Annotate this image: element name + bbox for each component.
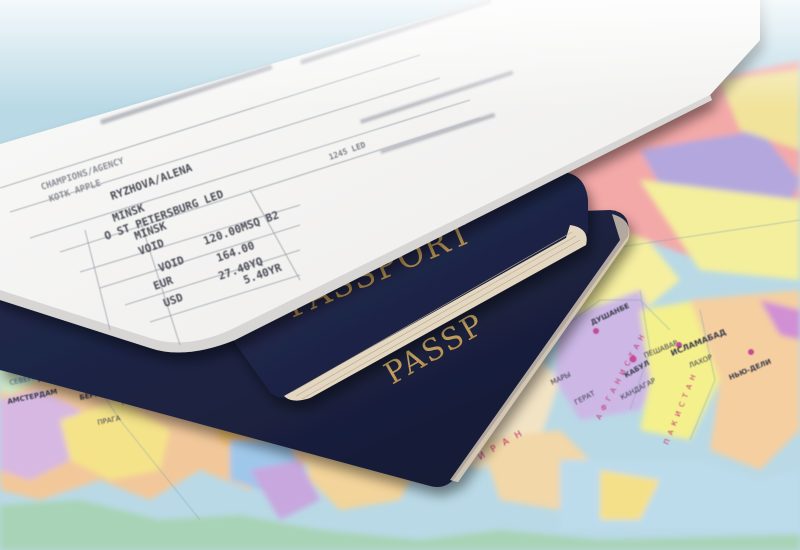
top-fade-overlay — [0, 0, 800, 110]
photo-canvas: ЭДИНБУРГ СЕВЕРНОЕ МОРЕ КОПЕНГАГЕН АМСТЕР… — [0, 0, 800, 550]
photo-scene: ЭДИНБУРГ СЕВЕРНОЕ МОРЕ КОПЕНГАГЕН АМСТЕР… — [0, 0, 800, 550]
